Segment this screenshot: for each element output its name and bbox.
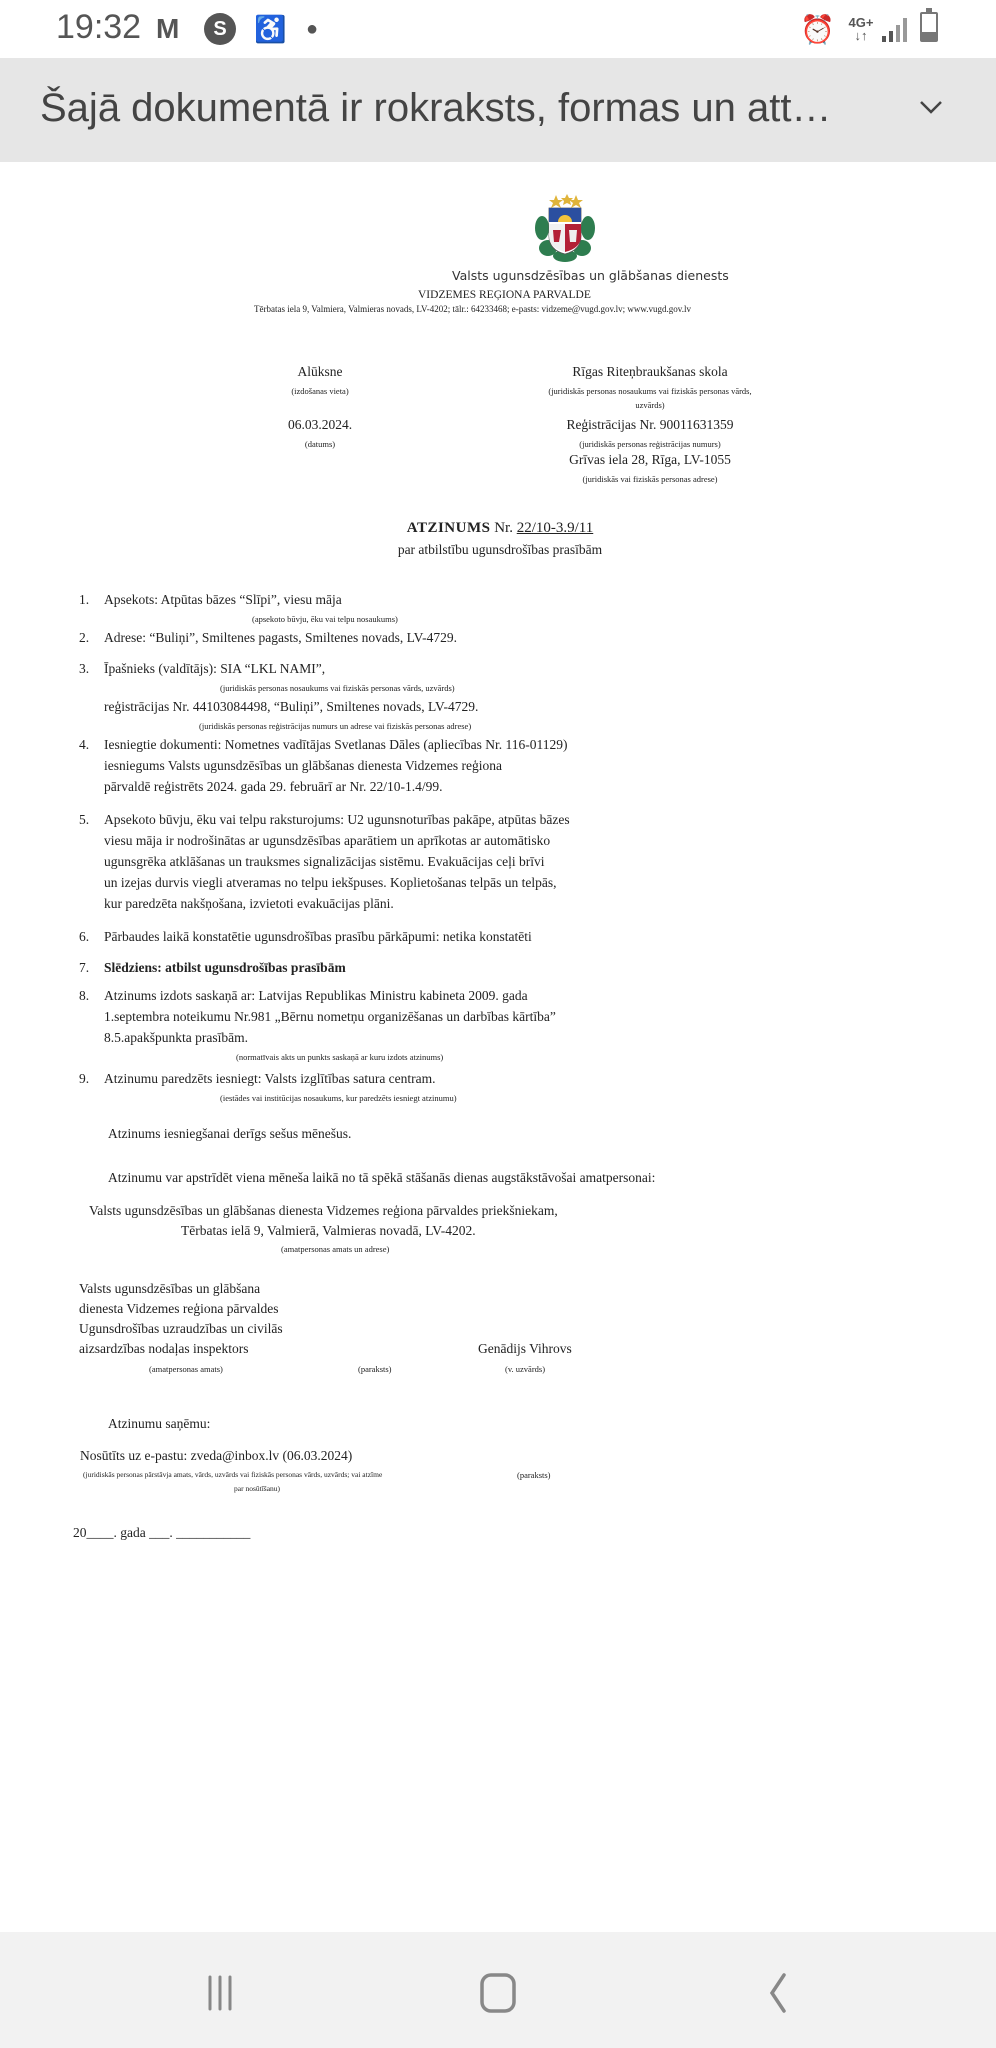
chevron-down-icon[interactable] xyxy=(916,92,946,122)
document-notice-title: Šajā dokumentā ir rokraksts, formas un a… xyxy=(40,86,831,131)
list-item-text: viesu māja ir nodrošinātas ar ugunsdzēsī… xyxy=(104,833,550,849)
issue-place-caption: (izdošanas vieta) xyxy=(260,386,380,396)
issue-place: Alūksne xyxy=(260,364,380,380)
list-item-text: Pārbaudes laikā konstatētie ugunsdrošība… xyxy=(104,929,532,945)
date-line: 20____. gada ___. ___________ xyxy=(73,1525,250,1541)
letterhead-address: Tērbatas iela 9, Valmiera, Valmieras nov… xyxy=(254,304,691,314)
issue-date-caption: (datums) xyxy=(260,439,380,449)
list-item-text: Adrese: “Buliņi”, Smiltenes pagasts, Smi… xyxy=(104,630,457,646)
list-item-caption: (normatīvais akts un punkts saskaņā ar k… xyxy=(236,1052,443,1062)
agency-name: Valsts ugunsdzēsības un glābšanas dienes… xyxy=(452,268,729,283)
recipient-name-caption: (juridiskās personas nosaukums vai fizis… xyxy=(520,386,780,396)
document-number: 22/10-3.9/11 xyxy=(517,520,594,536)
document-title-word: ATZINUMS xyxy=(407,520,491,536)
list-item-text: kur paredzēta nakšņošana, izvietoti evak… xyxy=(104,896,394,912)
list-item-caption: (iestādes vai institūcijas nosaukums, ku… xyxy=(220,1093,457,1103)
signer-position-3: Ugunsdrošības uzraudzības un civilās xyxy=(79,1321,283,1337)
document-title-nr-label: Nr. xyxy=(490,520,516,536)
dot-icon: ● xyxy=(306,14,318,44)
appeal-caption: (amatpersonas amats un adrese) xyxy=(281,1244,389,1254)
status-time: 19:32 xyxy=(56,8,141,47)
list-item-text: Apsekots: Atpūtas bāzes “Slīpi”, viesu m… xyxy=(104,592,342,608)
back-button[interactable] xyxy=(748,1968,808,2018)
list-item-caption: (juridiskās personas nosaukums vai fizis… xyxy=(220,683,455,693)
shazam-icon: S xyxy=(204,13,236,45)
gmail-icon: M xyxy=(156,14,179,44)
list-item-number: 2. xyxy=(79,630,89,646)
list-item-text: Īpašnieks (valdītājs): SIA “LKL NAMI”, xyxy=(104,661,325,677)
signer-signature-caption: (paraksts) xyxy=(358,1364,392,1374)
signer-position-4: aizsardzības nodaļas inspektors xyxy=(79,1341,248,1357)
department-name: VIDZEMES REĢIONA PARVALDE xyxy=(418,289,591,301)
list-item-number: 6. xyxy=(79,929,89,945)
list-item-number: 3. xyxy=(79,661,89,677)
appeal-to-line-2: Tērbatas ielā 9, Valmierā, Valmieras nov… xyxy=(181,1223,476,1239)
recipient-name-caption-2: uzvārds) xyxy=(520,400,780,410)
navigation-bar xyxy=(0,1932,996,2048)
list-item-number: 5. xyxy=(79,812,89,828)
appeal-text: Atzinumu var apstrīdēt viena mēneša laik… xyxy=(108,1170,655,1186)
latvia-coat-of-arms-icon xyxy=(534,194,596,264)
signer-position-caption: (amatpersonas amats) xyxy=(149,1364,223,1374)
recipient-name: Rīgas Riteņbraukšanas skola xyxy=(520,364,780,380)
list-item-number: 1. xyxy=(79,592,89,608)
received-caption-1: (juridiskās personas pārstāvja amats, vā… xyxy=(83,1470,382,1479)
signer-position-2: dienesta Vidzemes reģiona pārvaldes xyxy=(79,1301,279,1317)
list-item-number: 8. xyxy=(79,988,89,1004)
document-notice-banner[interactable]: Šajā dokumentā ir rokraksts, formas un a… xyxy=(0,58,996,162)
list-item-text: reģistrācijas Nr. 44103084498, “Buliņi”,… xyxy=(104,699,478,715)
status-bar: 19:32 M S ♿ ● ⏰ 4G+↓↑ xyxy=(0,0,996,58)
list-item-text: ugunsgrēka atklāšanas un trauksmes signa… xyxy=(104,854,545,870)
document-title: ATZINUMS Nr. 22/10-3.9/11 xyxy=(300,520,700,537)
list-item-text: 8.5.apakšpunkta prasībām. xyxy=(104,1030,248,1046)
signal-icon xyxy=(880,16,910,42)
list-item-text: 1.septembra noteikumu Nr.981 „Bērnu nome… xyxy=(104,1009,556,1025)
accessibility-icon: ♿ xyxy=(254,14,286,44)
received-caption-2: par nosūtīšanu) xyxy=(234,1484,280,1493)
sent-note: Nosūtīts uz e-pastu: zveda@inbox.lv (06.… xyxy=(80,1448,352,1464)
list-item-caption: (juridiskās personas reģistrācijas numur… xyxy=(199,721,471,731)
list-item-text: Atzinums izdots saskaņā ar: Latvijas Rep… xyxy=(104,988,528,1004)
issue-date: 06.03.2024. xyxy=(260,417,380,433)
signer-name: Genādijs Vihrovs xyxy=(478,1341,572,1357)
document-page: Valsts ugunsdzēsības un glābšanas dienes… xyxy=(0,162,996,1932)
list-item-number: 7. xyxy=(79,960,89,976)
list-item-text: Apsekoto būvju, ēku vai telpu raksturoju… xyxy=(104,812,570,828)
alarm-icon: ⏰ xyxy=(800,14,835,44)
back-icon xyxy=(758,1971,798,2015)
list-item-text: un izejas durvis viegli atveramas no tel… xyxy=(104,875,557,891)
list-item-text: Atzinumu paredzēts iesniegt: Valsts izgl… xyxy=(104,1071,436,1087)
signer-position-1: Valsts ugunsdzēsības un glābšana xyxy=(79,1281,260,1297)
document-subtitle: par atbilstību ugunsdrošības prasībām xyxy=(300,542,700,558)
recent-apps-button[interactable] xyxy=(190,1968,250,2018)
network-4g-icon: 4G+↓↑ xyxy=(846,14,876,44)
appeal-to-line-1: Valsts ugunsdzēsības un glābšanas dienes… xyxy=(89,1203,558,1219)
recipient-address-caption: (juridiskās vai fiziskās personas adrese… xyxy=(520,474,780,484)
list-item-text: Slēdziens: atbilst ugunsdrošības prasībā… xyxy=(104,960,346,976)
recent-apps-icon xyxy=(200,1973,240,2013)
list-item-text: pārvaldē reģistrēts 2024. gada 29. febru… xyxy=(104,779,443,795)
list-item-text: Iesniegtie dokumenti: Nometnes vadītājas… xyxy=(104,737,568,753)
recipient-reg-caption: (juridiskās personas reģistrācijas numur… xyxy=(520,439,780,449)
list-item-number: 9. xyxy=(79,1071,89,1087)
home-button[interactable] xyxy=(468,1968,528,2018)
validity-text: Atzinums iesniegšanai derīgs sešus mēneš… xyxy=(108,1126,351,1142)
recipient-reg: Reģistrācijas Nr. 90011631359 xyxy=(520,417,780,433)
home-icon xyxy=(476,1971,520,2015)
list-item-caption: (apsekoto būvju, ēku vai telpu nosaukums… xyxy=(252,614,398,624)
list-item-text: iesniegums Valsts ugunsdzēsības un glābš… xyxy=(104,758,502,774)
received-label: Atzinumu saņēmu: xyxy=(108,1416,210,1432)
recipient-address: Grīvas iela 28, Rīga, LV-1055 xyxy=(520,452,780,468)
signer-name-caption: (v. uzvārds) xyxy=(505,1364,545,1374)
received-signature-caption: (paraksts) xyxy=(517,1470,551,1480)
list-item-number: 4. xyxy=(79,737,89,753)
battery-charging-icon xyxy=(920,12,938,42)
